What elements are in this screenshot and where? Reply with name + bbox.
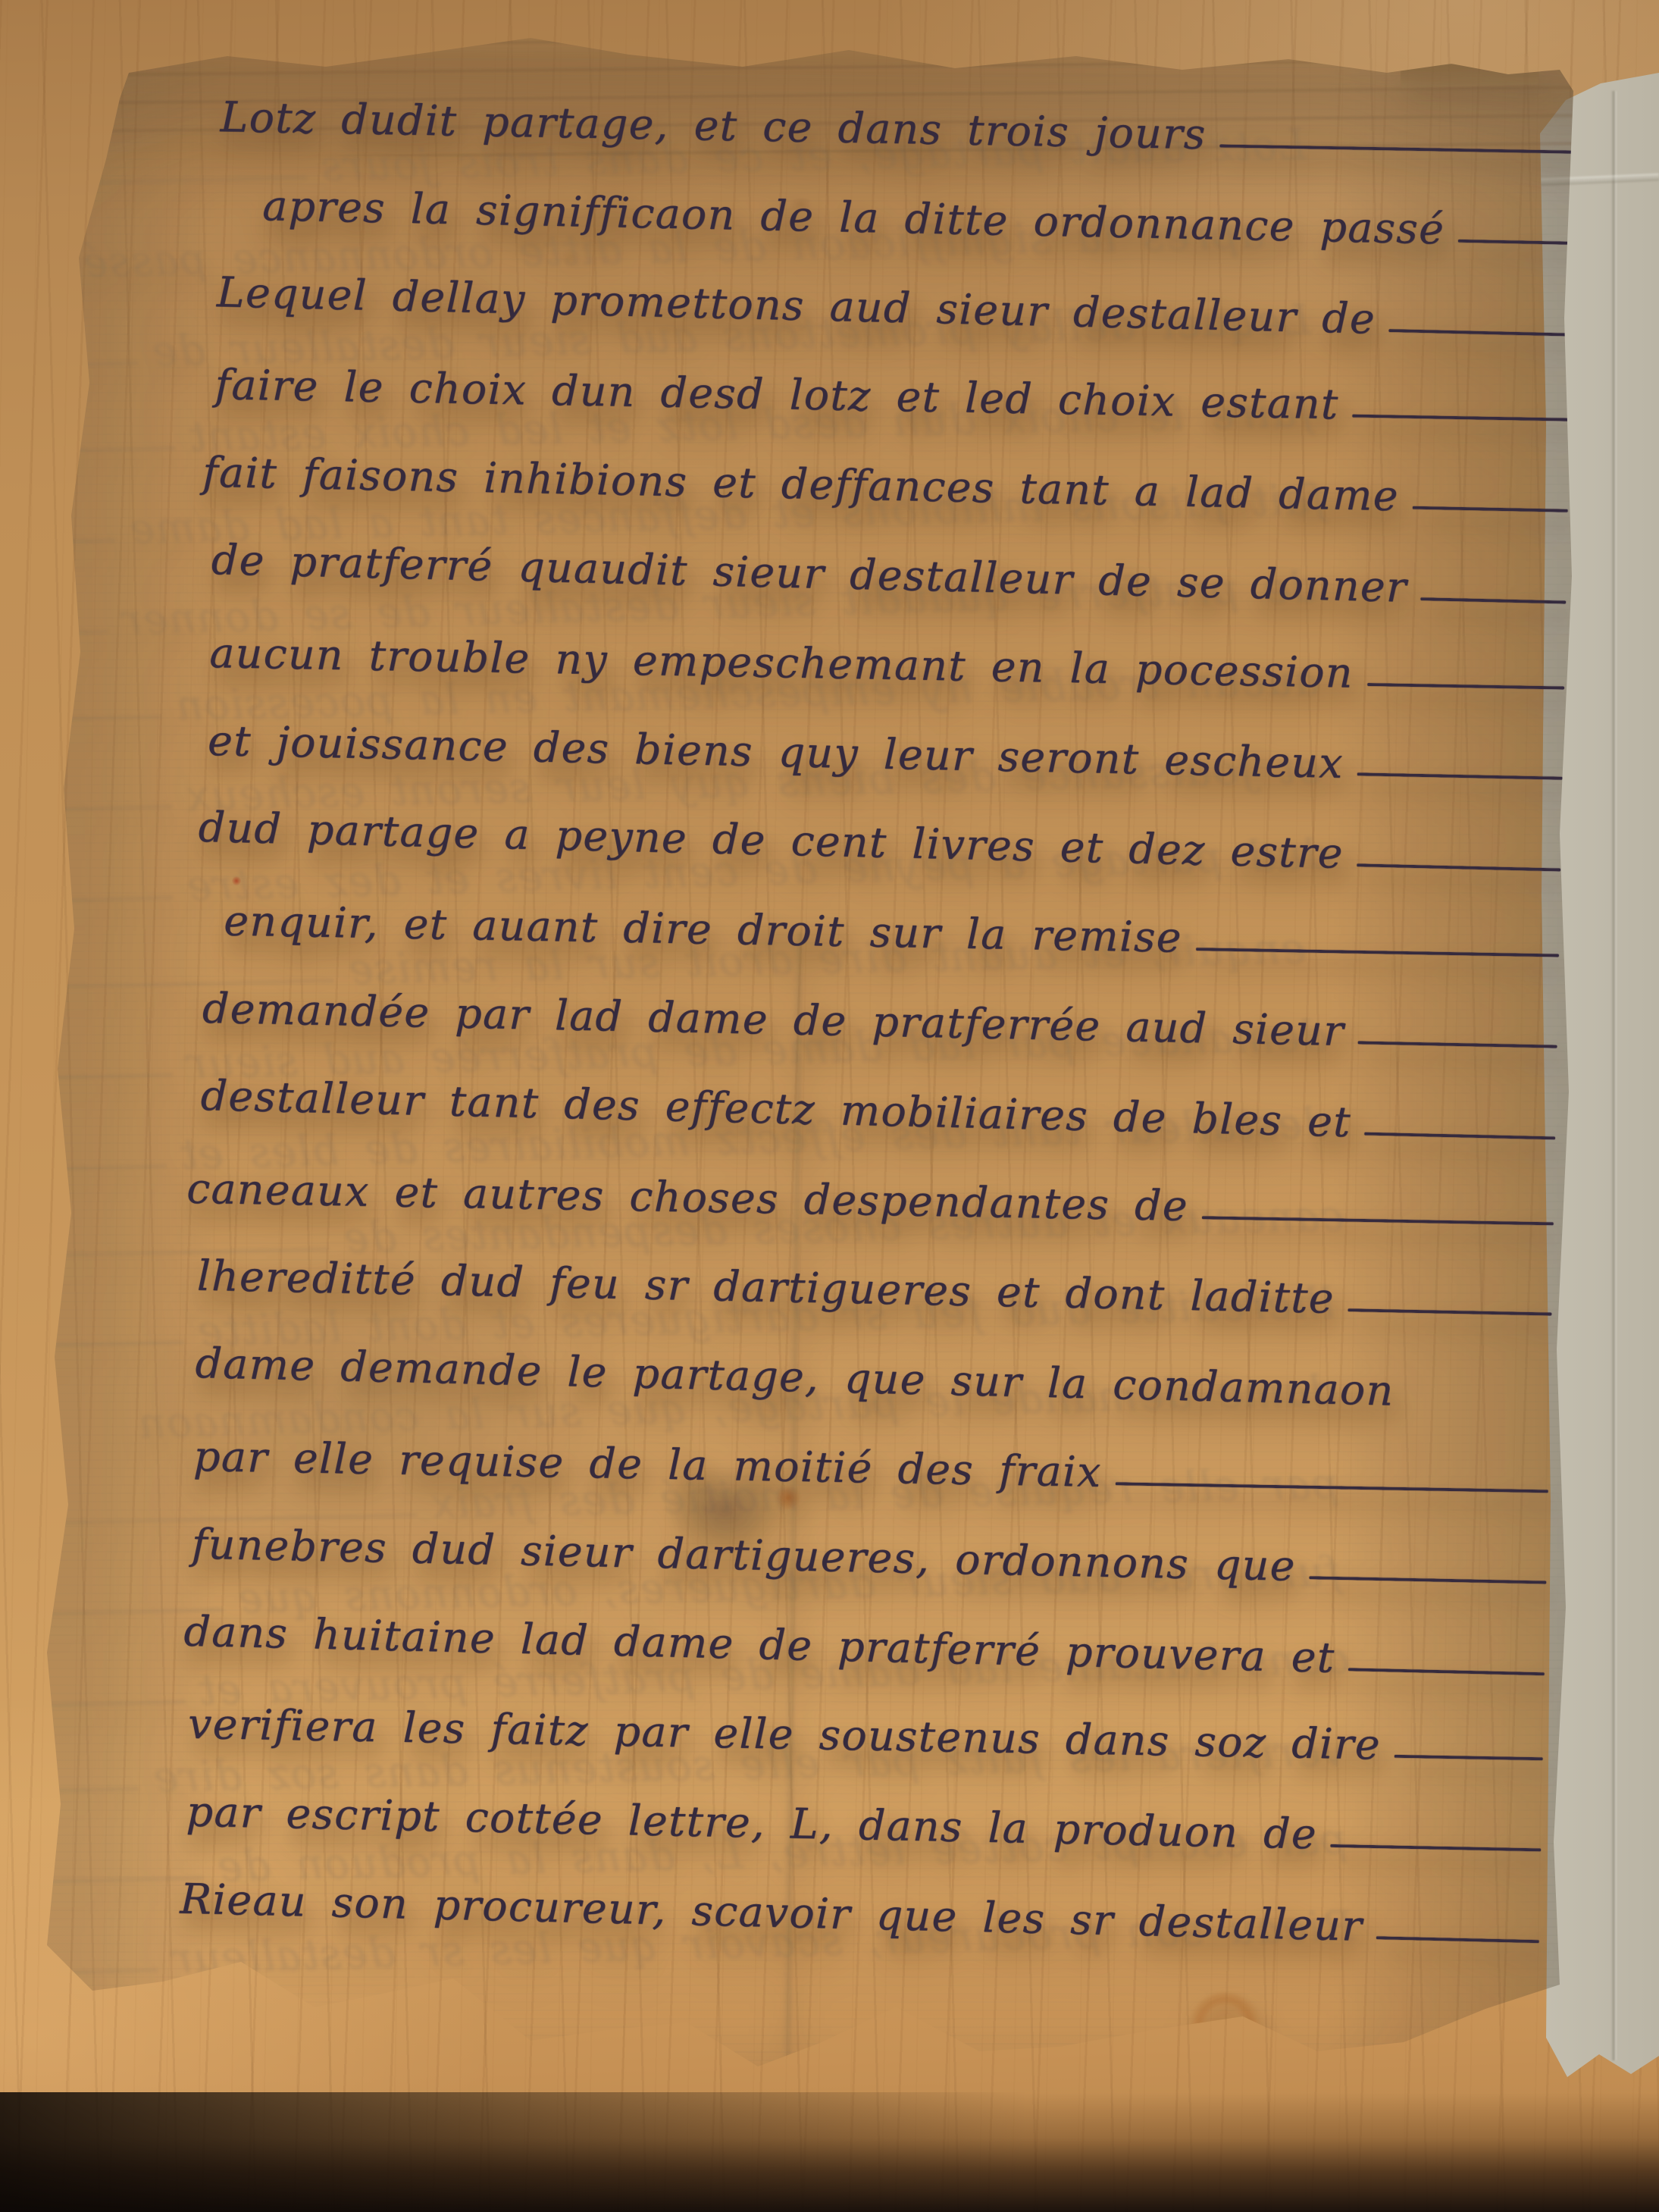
- line-filler-dash: [1202, 1216, 1554, 1225]
- manuscript-line-text: Lotz dudit partage, et ce dans trois jou…: [220, 73, 1207, 180]
- line-filler-dash: [1358, 1041, 1557, 1048]
- line-filler-dash: [1219, 144, 1575, 153]
- line-filler-dash: [1352, 415, 1570, 421]
- line-filler-dash: [1196, 948, 1559, 957]
- line-filler-dash: [1348, 1308, 1552, 1315]
- line-filler-dash: [1394, 1755, 1543, 1760]
- line-filler-dash: [1413, 506, 1568, 512]
- photo-scene: Lotz dudit partage, et ce dans trois jou…: [0, 0, 1659, 2212]
- manuscript-text-block: Lotz dudit partage, et ce dans trois jou…: [183, 71, 1579, 1973]
- manuscript-line-text: caneaux et autres choses despendantes de: [186, 1144, 1189, 1251]
- line-filler-dash: [1309, 1576, 1546, 1584]
- line-filler-dash: [1421, 597, 1567, 603]
- line-filler-dash: [1389, 329, 1572, 337]
- second-sheet-crease: [1611, 91, 1617, 2060]
- line-filler-dash: [1365, 1132, 1556, 1139]
- line-filler-dash: [1458, 239, 1573, 244]
- line-filler-dash: [1115, 1482, 1548, 1493]
- manuscript-line-text: par elle requise de la moitié des fraix: [193, 1412, 1102, 1518]
- table-front-edge: [0, 2092, 1659, 2212]
- line-filler-dash: [1357, 773, 1563, 780]
- line-filler-dash: [1331, 1844, 1542, 1852]
- line-filler-dash: [1367, 683, 1564, 690]
- manuscript-page: Lotz dudit partage, et ce dans trois jou…: [0, 0, 1659, 2212]
- line-filler-dash: [1376, 1936, 1539, 1943]
- line-filler-dash: [1357, 864, 1560, 872]
- line-filler-dash: [1348, 1668, 1545, 1675]
- manuscript-line-text: enquir, et auant dire droit sur la remis…: [223, 877, 1182, 983]
